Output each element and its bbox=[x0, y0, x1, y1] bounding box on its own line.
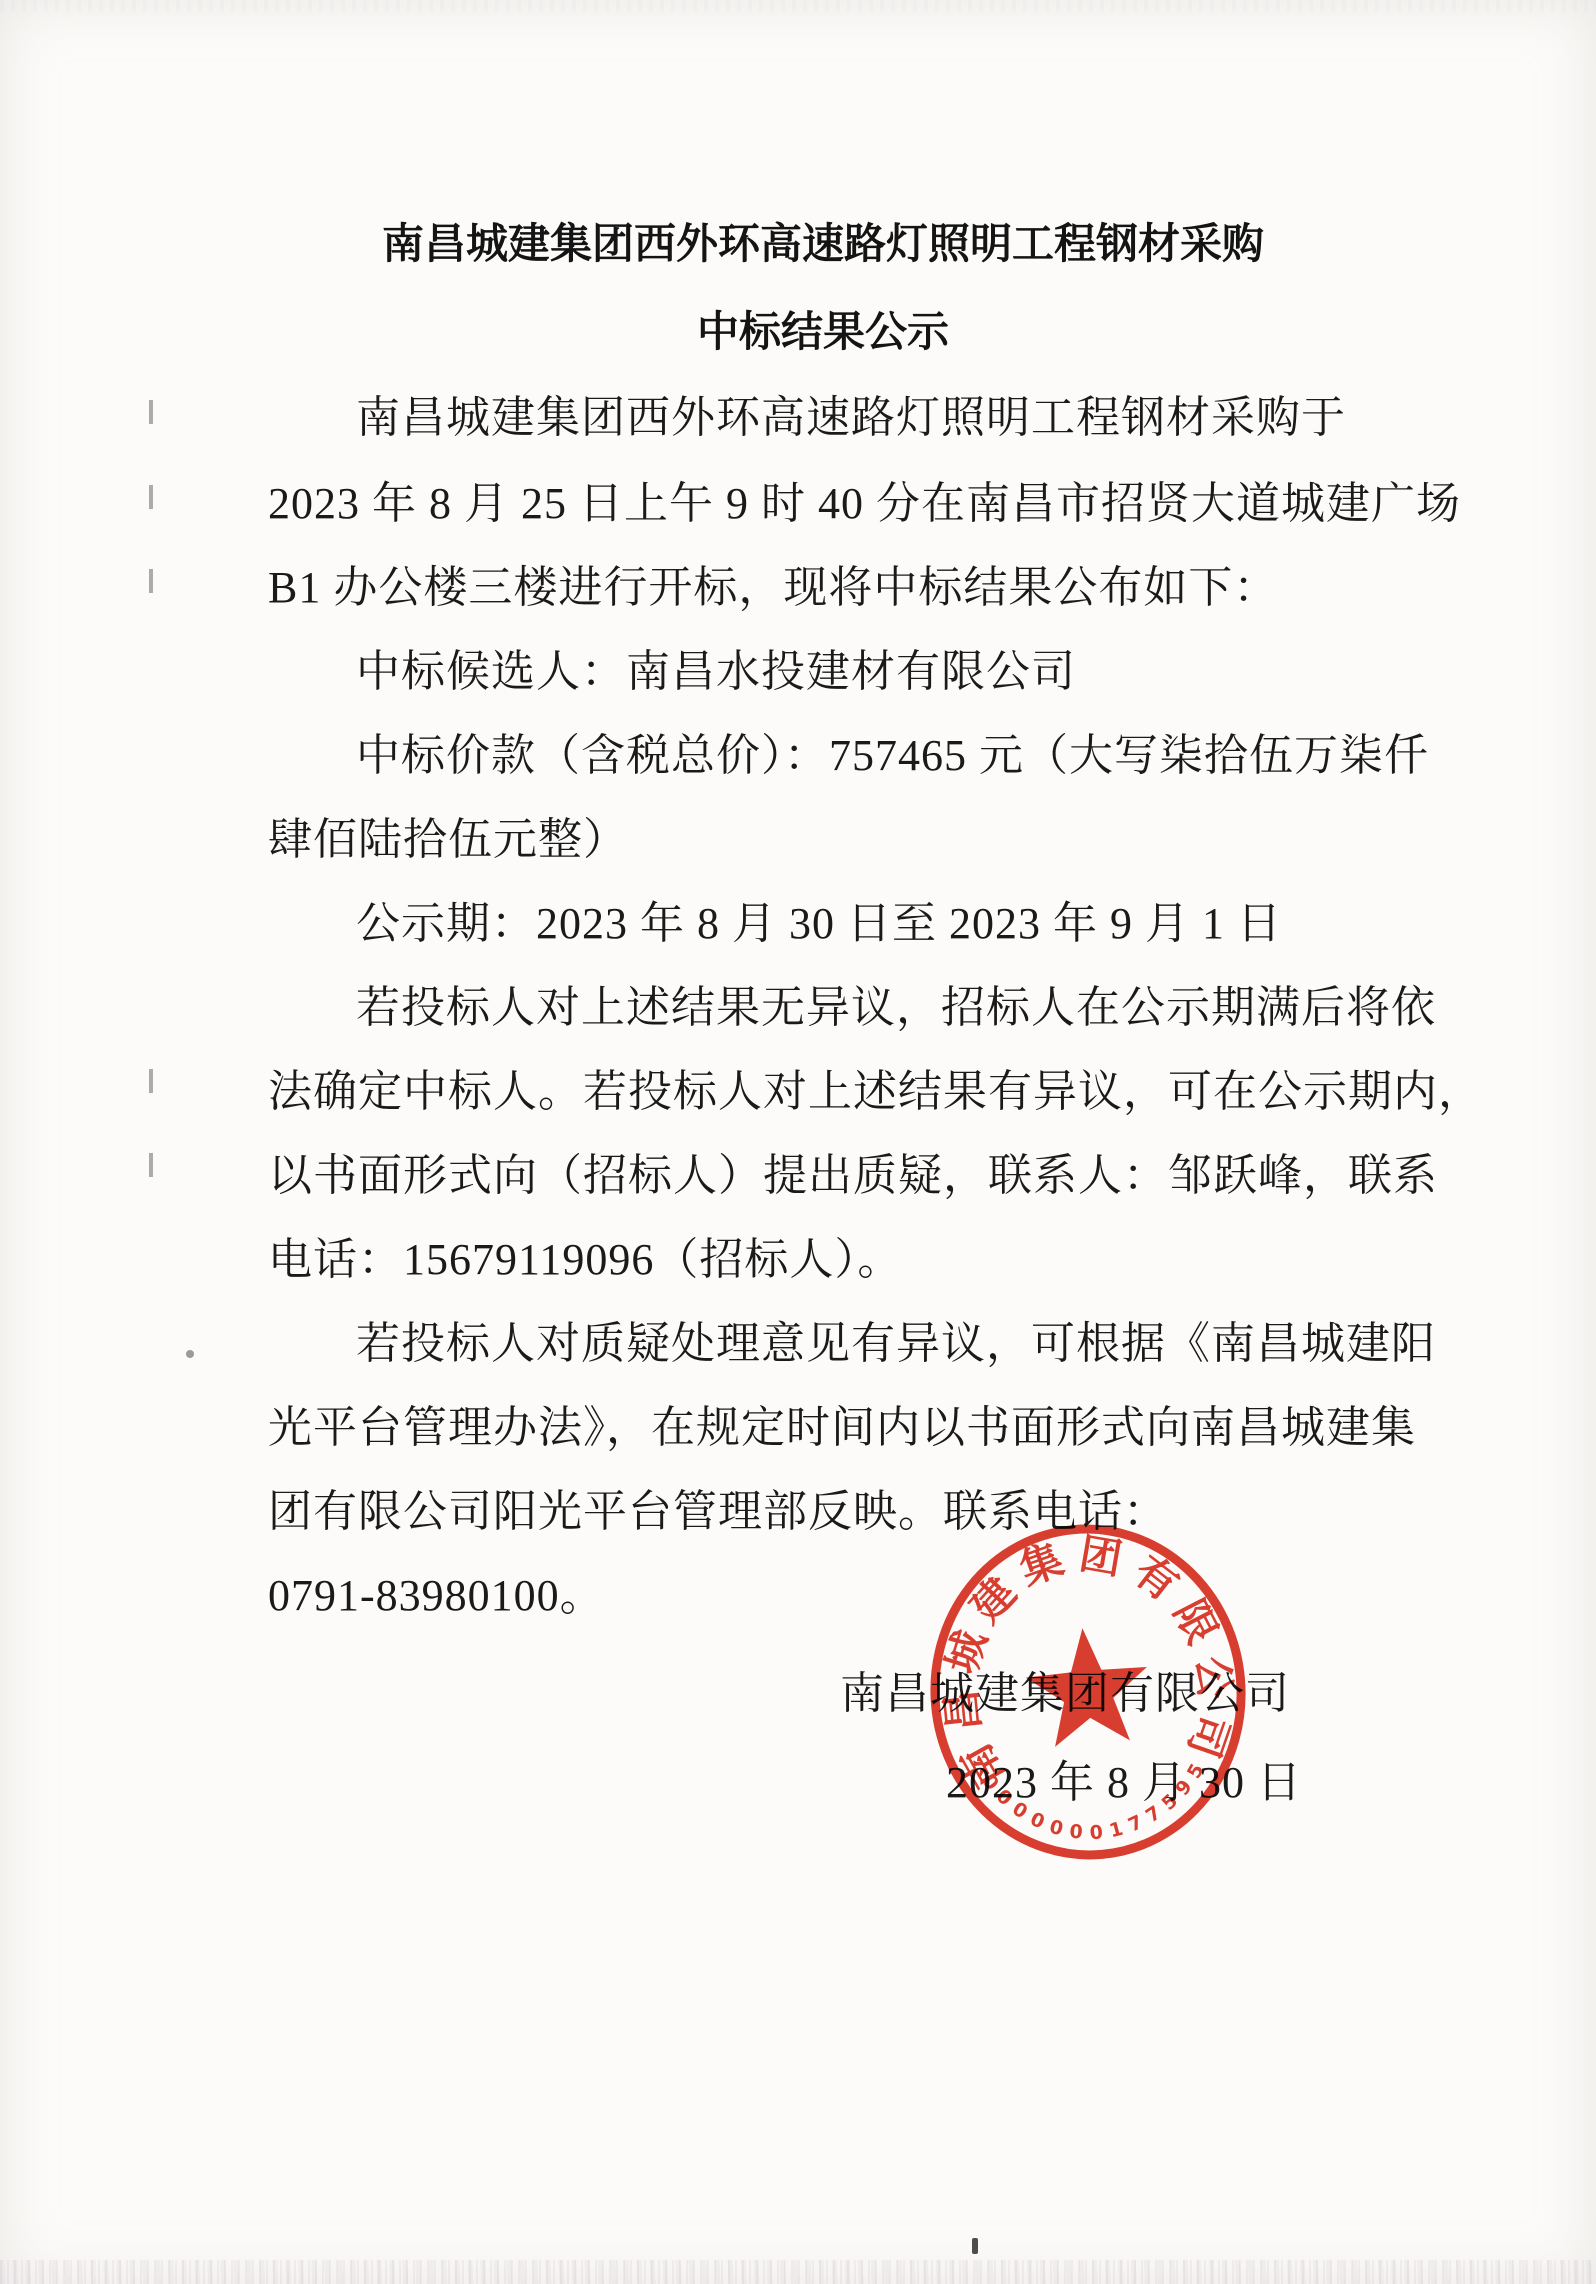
scan-speck bbox=[149, 569, 153, 593]
body-line: 若投标人对上述结果无异议，招标人在公示期满后将依 bbox=[356, 983, 1436, 1034]
body-line: B1 办公楼三楼进行开标，现将中标结果公布如下： bbox=[268, 563, 1278, 614]
body-line: 法确定中标人。若投标人对上述结果有异议，可在公示期内， bbox=[268, 1067, 1483, 1118]
scan-speck bbox=[149, 485, 153, 509]
body-line: 肆佰陆拾伍元整） bbox=[268, 815, 628, 866]
body-line-price: 中标价款（含税总价）：757465 元（大写柒拾伍万柒仟 bbox=[356, 731, 1429, 782]
document-title-line2: 中标结果公示 bbox=[25, 308, 1596, 356]
scan-speck bbox=[186, 1350, 194, 1358]
body-line-publicity-period: 公示期：2023 年 8 月 30 日至 2023 年 9 月 1 日 bbox=[356, 899, 1282, 950]
body-line-phone: 电话：15679119096（招标人）。 bbox=[268, 1235, 902, 1286]
scan-noise-band bbox=[0, 2260, 1596, 2284]
body-line-winner: 中标候选人：南昌水投建材有限公司 bbox=[356, 647, 1076, 698]
body-line: 2023 年 8 月 25 日上午 9 时 40 分在南昌市招贤大道城建广场 bbox=[268, 479, 1461, 530]
body-line: 南昌城建集团西外环高速路灯照明工程钢材采购于 bbox=[356, 393, 1346, 444]
scanned-document-page: 南昌城建集团西外环高速路灯照明工程钢材采购 中标结果公示 南昌城建集团西外环高速… bbox=[0, 0, 1596, 2284]
seal-star-icon bbox=[1022, 1623, 1153, 1749]
scan-speck bbox=[149, 1153, 153, 1177]
body-line-phone2: 0791-83980100。 bbox=[268, 1571, 605, 1622]
official-seal: 南昌城建集团有限公司 0000000177595 bbox=[881, 1476, 1294, 1908]
body-line: 若投标人对质疑处理意见有异议，可根据《南昌城建阳 bbox=[356, 1319, 1436, 1370]
scan-noise-band bbox=[0, 0, 1596, 12]
scan-speck bbox=[149, 400, 153, 424]
body-line: 光平台管理办法》，在规定时间内以书面形式向南昌城建集 bbox=[268, 1403, 1416, 1454]
body-line: 以书面形式向（招标人）提出质疑，联系人：邹跃峰，联系 bbox=[268, 1151, 1438, 1202]
document-title-line1: 南昌城建集团西外环高速路灯照明工程钢材采购 bbox=[25, 220, 1596, 268]
scan-speck bbox=[972, 2238, 978, 2254]
scan-speck bbox=[149, 1069, 153, 1093]
